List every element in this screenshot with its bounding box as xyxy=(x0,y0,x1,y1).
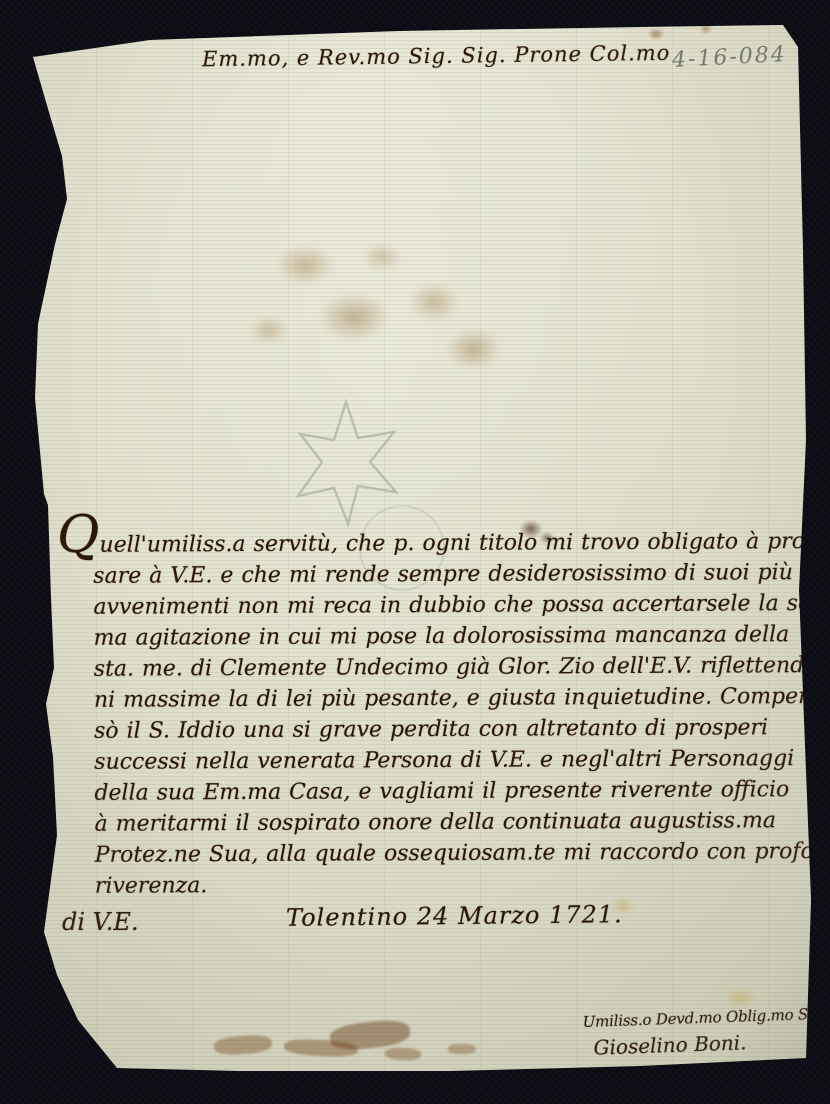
stain xyxy=(445,328,501,370)
ink-smudge xyxy=(329,1018,411,1052)
body-line: ni massime la di lei più pesante, e gius… xyxy=(58,681,810,716)
stain xyxy=(648,28,664,40)
archival-number-pencil: 4-16-084 xyxy=(671,42,787,73)
body-line: sare à V.E. e che mi rende sempre deside… xyxy=(57,557,809,592)
scan-canvas: { "archival_number": "4-16-084", "letter… xyxy=(0,0,830,1104)
body-line: successi nella venerata Persona di V.E. … xyxy=(58,743,810,778)
salutation-line: Em.mo, e Rev.mo Sig. Sig. Prone Col.mo xyxy=(202,41,671,72)
body-line: Quell'umiliss.a servitù, che p. ogni tit… xyxy=(57,526,809,561)
place-date-line: Tolentino 24 Marzo 1721. xyxy=(286,900,623,932)
body-line: à meritarmi il sospirato onore della con… xyxy=(58,805,810,840)
ink-smudge xyxy=(448,1044,476,1054)
stain xyxy=(248,315,290,345)
ink-smudge xyxy=(213,1034,272,1056)
letter-body: Quell'umiliss.a servitù, che p. ogni tit… xyxy=(57,526,811,902)
stain xyxy=(275,245,335,285)
body-line: della sua Em.ma Casa, e vagliami il pres… xyxy=(58,774,810,809)
body-line: riverenza. xyxy=(59,867,811,902)
stain xyxy=(362,243,402,271)
ink-smudge xyxy=(385,1047,421,1060)
body-line: ma agitazione in cui mi pose la dolorosi… xyxy=(58,619,810,654)
body-line: avvenimenti non mi reca in dubbio che po… xyxy=(57,588,809,623)
signature-block: Umiliss.o Devd.mo Oblig.mo Serv.re Giose… xyxy=(582,1000,814,1060)
stain xyxy=(408,282,460,322)
ink-smudge xyxy=(284,1038,359,1058)
closing-formula: di V.E. xyxy=(62,908,139,936)
body-line: Protez.ne Sua, alla quale ossequiosam.te… xyxy=(59,836,811,871)
letter-page: Em.mo, e Rev.mo Sig. Sig. Prone Col.mo 4… xyxy=(0,0,830,1104)
star-watermark xyxy=(286,398,406,528)
body-line: sta. me. di Clemente Undecimo già Glor. … xyxy=(58,650,810,685)
stain xyxy=(318,292,390,342)
body-line: sò il S. Iddio una si grave perdita con … xyxy=(58,712,810,747)
